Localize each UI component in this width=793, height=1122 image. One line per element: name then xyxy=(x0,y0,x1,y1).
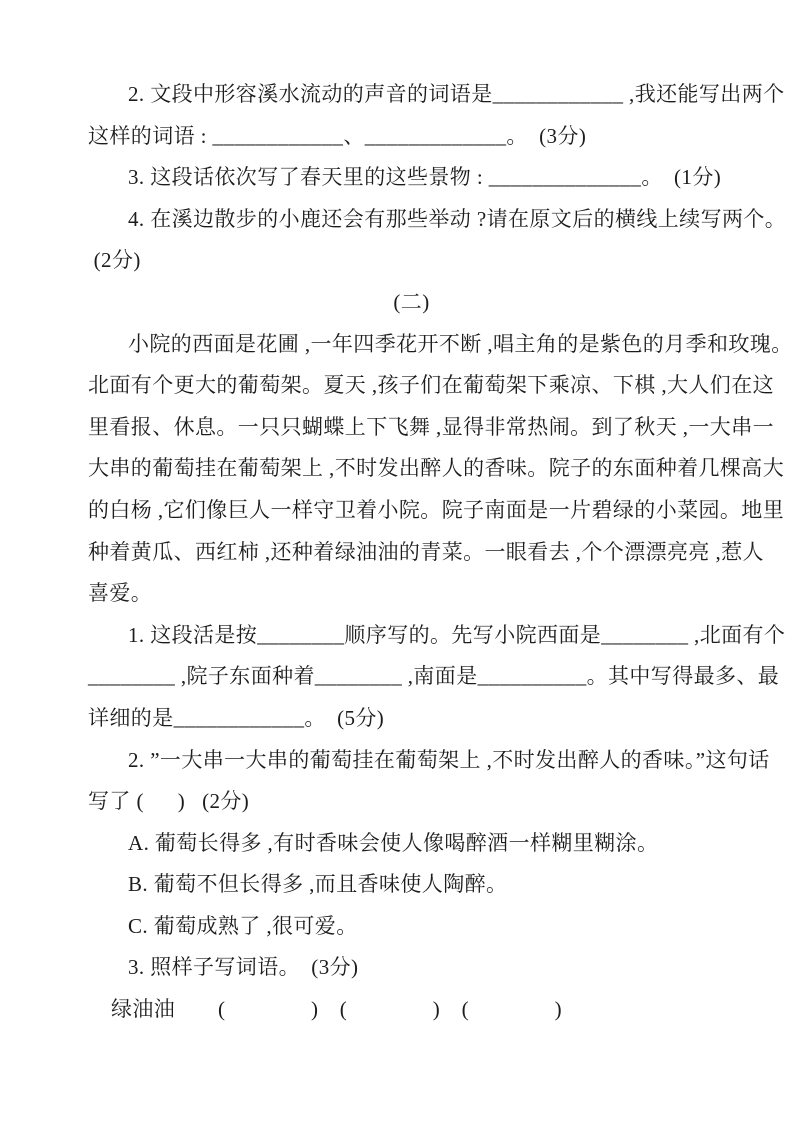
part2-question-2-option-b: B. 葡萄不但长得多 ,而且香味使人陶醉。 xyxy=(88,864,735,906)
part2-word-pattern-line: 绿油油 ( ) ( ) ( ) xyxy=(88,989,735,1031)
part2-passage-line-1: 小院的西面是花圃 ,一年四季花开不断 ,唱主角的是紫色的月季和玫瑰。 xyxy=(88,324,735,366)
part2-passage-line-2: 北面有个更大的葡萄架。夏天 ,孩子们在葡萄架下乘凉、下棋 ,大人们在这 xyxy=(88,365,735,407)
part1-question-4-line: 4. 在溪边散步的小鹿还会有那些举动 ?请在原文后的横线上续写两个。 xyxy=(88,199,735,241)
part2-question-1-line-3: 详细的是____________。 (5分) xyxy=(88,698,735,740)
part2-question-2-line-2: 写了 ( ) (2分) xyxy=(88,781,735,823)
part2-question-1-line-2: ________ ,院子东面种着________ ,南面是__________。… xyxy=(88,656,735,698)
part1-question-3-line: 3. 这段话依次写了春天里的这些景物 : ______________。 (1分… xyxy=(88,157,735,199)
part2-question-2-option-c: C. 葡萄成熟了 ,很可爱。 xyxy=(88,906,735,948)
part1-question-2-line-2: 这样的词语 : ____________、_____________。 (3分) xyxy=(88,116,735,158)
part2-passage-line-4: 大串的葡萄挂在葡萄架上 ,不时发出醉人的香味。院子的东面种着几棵高大 xyxy=(88,448,735,490)
part2-question-2-option-a: A. 葡萄长得多 ,有时香味会使人像喝醉酒一样糊里糊涂。 xyxy=(88,823,735,865)
part2-section-heading: (二) xyxy=(88,282,735,324)
part2-passage-line-7: 喜爱。 xyxy=(88,573,735,615)
part1-question-4-score: (2分) xyxy=(88,240,735,282)
part1-question-2-line-1: 2. 文段中形容溪水流动的声音的词语是____________ ,我还能写出两个 xyxy=(88,74,735,116)
part2-passage-line-6: 种着黄瓜、西红柿 ,还种着绿油油的青菜。一眼看去 ,个个漂漂亮亮 ,惹人 xyxy=(88,532,735,574)
exam-document-page: 2. 文段中形容溪水流动的声音的词语是____________ ,我还能写出两个… xyxy=(0,0,793,1122)
part2-passage-line-5: 的白杨 ,它们像巨人一样守卫着小院。院子南面是一片碧绿的小菜园。地里 xyxy=(88,490,735,532)
part2-question-3-line: 3. 照样子写词语。 (3分) xyxy=(88,947,735,989)
part2-passage-line-3: 里看报、休息。一只只蝴蝶上下飞舞 ,显得非常热闹。到了秋天 ,一大串一 xyxy=(88,407,735,449)
part2-question-1-line-1: 1. 这段活是按________顺序写的。先写小院西面是________ ,北面… xyxy=(88,615,735,657)
part2-question-2-line-1: 2. ”一大串一大串的葡萄挂在葡萄架上 ,不时发出醉人的香味。”这句话 xyxy=(88,740,735,782)
